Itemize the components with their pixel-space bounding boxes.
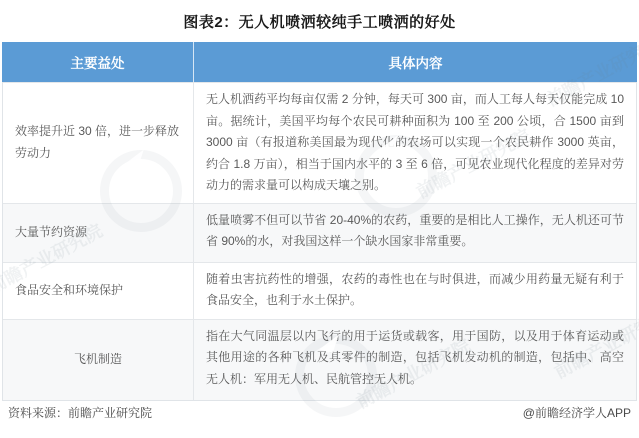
table-row-manufacturing: 飞机制造 指在大气同温层以内飞行的用于运货或载客，用于国防，以及用于体育运动或其… (3, 319, 636, 400)
detail-cell: 指在大气同温层以内飞行的用于运货或载客，用于国防，以及用于体育运动或其他用途的各… (194, 320, 636, 400)
benefits-table: 主要益处 具体内容 效率提升近 30 倍，进一步释放劳动力 无人机洒药平均每亩仅… (2, 43, 637, 401)
benefit-cell: 效率提升近 30 倍，进一步释放劳动力 (3, 83, 194, 203)
detail-cell: 低量喷雾不但可以节省 20-40%的农药，重要的是相比人工操作，无人机还可节省 … (194, 204, 636, 262)
header-cell-detail: 具体内容 (194, 42, 637, 82)
table-row-safety: 食品安全和环境保护 随着虫害抗药性的增强，农药的毒性也在与时俱进，而减少用药量无… (3, 262, 636, 319)
page-title: 图表2：无人机喷洒较纯手工喷洒的好处 (0, 0, 639, 32)
table-header-row: 主要益处 具体内容 (2, 42, 637, 82)
footer: 资料来源：前瞻产业研究院 @前瞻经济学人APP (8, 404, 631, 421)
header-cell-benefit: 主要益处 (2, 42, 194, 82)
benefit-cell: 食品安全和环境保护 (3, 263, 194, 319)
table-row-resources: 大量节约资源 低量喷雾不但可以节省 20-40%的农药，重要的是相比人工操作，无… (3, 203, 636, 262)
app-credit: @前瞻经济学人APP (523, 404, 631, 421)
detail-cell: 无人机洒药平均每亩仅需 2 分钟，每天可 300 亩，而人工每人每天仅能完成 1… (194, 83, 636, 203)
detail-cell: 随着虫害抗药性的增强，农药的毒性也在与时俱进，而减少用药量无疑有利于食品安全，也… (194, 263, 636, 319)
benefit-cell: 飞机制造 (3, 320, 194, 400)
benefit-cell: 大量节约资源 (3, 204, 194, 262)
table-row-efficiency: 效率提升近 30 倍，进一步释放劳动力 无人机洒药平均每亩仅需 2 分钟，每天可… (3, 82, 636, 203)
source-note: 资料来源：前瞻产业研究院 (8, 404, 152, 421)
